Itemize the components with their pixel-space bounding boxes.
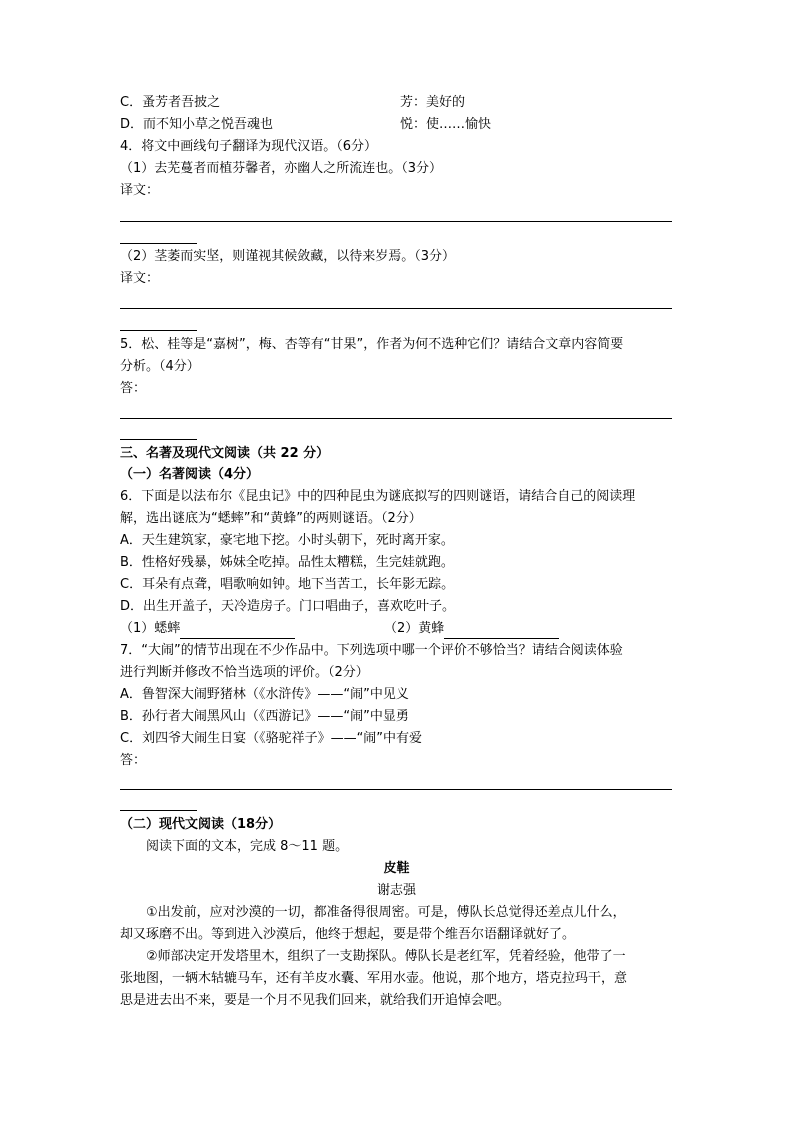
q7-option-b: B．孙行者大闹黑风山（《西游记》——“闹”中显勇 [120,707,409,727]
q6-blank2-input[interactable] [444,624,559,639]
q6-blank2-label: （2）黄蜂 [384,621,444,636]
q6-option-b: B．性格好残暴，姊妹全吃掉。品性太糟糕，生完娃就跑。 [120,553,454,573]
q4-sub2-label: 译文： [120,269,159,289]
q6-option-c: C．耳朵有点聋，唱歌响如钟。地下当苦工，长年影无踪。 [120,575,454,595]
article-title: 皮鞋 [120,859,673,879]
q5-line2: 分析。（4分） [120,357,200,377]
q4-stem: 4．将文中画线句子翻译为现代汉语。（6分） [120,137,377,157]
answer-line-end [120,810,197,811]
answer-line[interactable] [120,221,672,222]
q4-sub1-label: 译文： [120,181,159,201]
q7-option-a: A．鲁智深大闹野猪林（《水浒传》——“闹”中见义 [120,685,409,705]
q3-option-d: D．而不知小草之悦吾魂也 [120,115,273,135]
paragraph-1-line1: ①出发前，应对沙漠的一切，都准备得很周密。可是，傅队长总觉得还差点儿什么， [146,903,626,923]
answer-line[interactable] [120,789,672,790]
q7-line2: 进行判断并修改不恰当选项的评价。（2分） [120,663,369,683]
q5-answer-label: 答： [120,379,146,399]
q7-line1: 7．“大闹”的情节出现在不少作品中。下列选项中哪一个评价不够恰当？请结合阅读体验 [120,641,623,661]
paragraph-2-line3: 思是进去出不来，要是一个月不见我们回来，就给我们开追悼会吧。 [120,991,510,1011]
q6-line2: 解，选出谜底为“蟋蟀”和“黄蜂”的两则谜语。（2分） [120,509,422,529]
q4-sub1: （1）去芜蔓者而植芬馨者，亦幽人之所流连也。（3分） [120,159,442,179]
q6-line1: 6．下面是以法布尔《昆虫记》中的四种昆虫为谜底拟写的四则谜语，请结合自己的阅读理 [120,487,635,507]
q6-option-d: D．出生开盖子，天冷造房子。门口唱曲子，喜欢吃叶子。 [120,597,455,617]
q3-option-d-gloss: 悦：使……愉快 [400,115,491,135]
q3-option-c-gloss: 芳：美好的 [400,93,465,113]
q6-blank1-label: （1）蟋蟀 [120,621,180,636]
section3-title: 三、名著及现代文阅读（共 22 分） [120,444,329,464]
q6-blank1: （1）蟋蟀 [120,619,295,639]
part1-title: （一）名著阅读（4分） [120,465,259,485]
q6-blank2: （2）黄蜂 [384,619,559,639]
q4-sub2: （2）茎萎而实坚，则谨视其候敛藏，以待来岁焉。（3分） [120,247,455,267]
answer-line[interactable] [120,308,672,309]
q5-line1: 5．松、桂等是“嘉树”，梅、杏等有“甘果”，作者为何不选种它们？请结合文章内容简… [120,335,623,355]
paragraph-2-line1: ②师部决定开发塔里木，组织了一支勘探队。傅队长是老红军，凭着经验，他带了一 [146,947,626,967]
part2-instruction: 阅读下面的文本，完成 8～11 题。 [146,837,348,857]
paragraph-2-line2: 张地图，一辆木轱辘马车，还有羊皮水囊、军用水壶。他说，那个地方，塔克拉玛干，意 [120,969,627,989]
q6-option-a: A．天生建筑家，豪宅地下挖。小时头朝下，死时离开家。 [120,531,454,551]
q3-option-c: C．蚤芳者吾披之 [120,93,220,113]
paragraph-1-line2: 却又琢磨不出。等到进入沙漠后，他终于想起，要是带个维吾尔语翻译就好了。 [120,925,575,945]
q7-option-c: C．刘四爷大闹生日宴（《骆驼祥子》——“闹”中有爱 [120,729,422,749]
q7-answer-label: 答： [120,751,146,771]
answer-line-end [120,330,197,331]
answer-line[interactable] [120,418,672,419]
answer-line-end [120,439,197,440]
part2-title: （二）现代文阅读（18分） [120,815,281,835]
answer-line-end [120,243,197,244]
article-author: 谢志强 [120,881,673,901]
q6-blank1-input[interactable] [180,624,295,639]
